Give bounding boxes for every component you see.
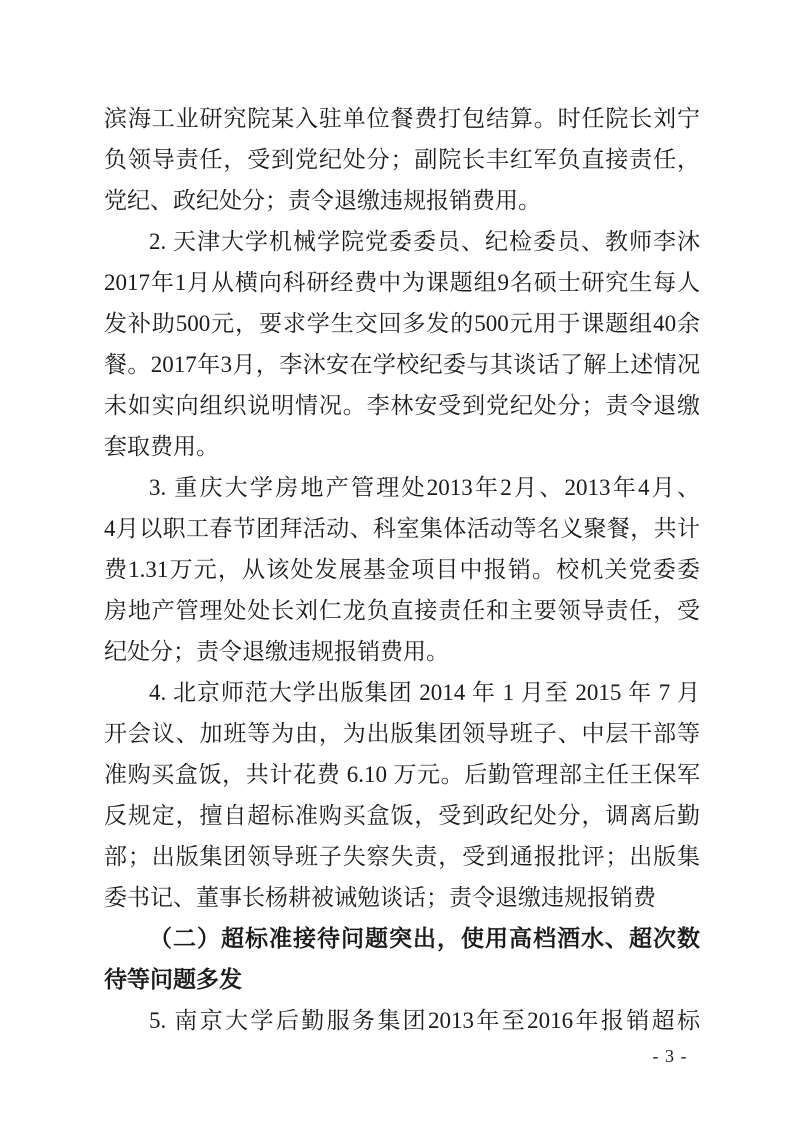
text-line: 发补助500元，要求学生交回多发的500元用于课题组40余人聚 <box>104 303 700 344</box>
text-line: 部；出版集团领导班子失察失责，受到通报批评；出版集团党 <box>104 836 700 877</box>
document-page: 滨海工业研究院某入驻单位餐费打包结算。时任院长刘宁对此负领导责任，受到党纪处分；… <box>0 0 799 1131</box>
text-line: 反规定，擅自超标准购买盒饭，受到政纪处分，调离后勤管理 <box>104 795 700 836</box>
text-line: 待等问题多发 <box>104 959 700 1000</box>
text-line: 开会议、加班等为由，为出版集团领导班子、中层干部等超标 <box>104 713 700 754</box>
text-line: 纪处分；责令退缴违规报销费用。 <box>104 631 700 672</box>
text-line: 滨海工业研究院某入驻单位餐费打包结算。时任院长刘宁对此 <box>104 98 700 139</box>
text-line: 2017年1月从横向科研经费中为课题组9名硕士研究生每人多 <box>104 262 700 303</box>
text-line: 套取费用。 <box>104 426 700 467</box>
text-line: （二）超标准接待问题突出，使用高档酒水、超次数接 <box>104 918 700 959</box>
text-line: 党纪、政纪处分；责令退缴违规报销费用。 <box>104 180 700 221</box>
text-line: 5. 南京大学后勤服务集团2013年至2016年报销超标准、超 <box>104 1000 700 1041</box>
text-line: 4. 北京师范大学出版集团 2014 年 1 月至 2015 年 7 月以召 <box>104 672 700 713</box>
text-line: 房地产管理处处长刘仁龙负直接责任和主要领导责任，受到党 <box>104 590 700 631</box>
text-line: 费1.31万元，从该处发展基金项目中报销。校机关党委委员、 <box>104 549 700 590</box>
text-line: 未如实向组织说明情况。李林安受到党纪处分；责令退缴违规 <box>104 385 700 426</box>
text-line: 3. 重庆大学房地产管理处2013年2月、2013年4月、2015年 <box>104 467 700 508</box>
page-number: - 3 - <box>640 1046 700 1067</box>
text-line: 餐。2017年3月，李沐安在学校纪委与其谈话了解上述情况时， <box>104 344 700 385</box>
text-line: 委书记、董事长杨耕被诫勉谈话；责令退缴违规报销费用。 <box>104 877 700 918</box>
text-block: 滨海工业研究院某入驻单位餐费打包结算。时任院长刘宁对此负领导责任，受到党纪处分；… <box>104 98 700 1041</box>
text-line: 4月以职工春节团拜活动、科室集体活动等名义聚餐，共计花 <box>104 508 700 549</box>
text-line: 2. 天津大学机械学院党委委员、纪检委员、教师李沐安 <box>104 221 700 262</box>
text-line: 负领导责任，受到党纪处分；副院长丰红军负直接责任，受到 <box>104 139 700 180</box>
text-line: 准购买盒饭，共计花费 6.10 万元。后勤管理部主任王保军违 <box>104 754 700 795</box>
